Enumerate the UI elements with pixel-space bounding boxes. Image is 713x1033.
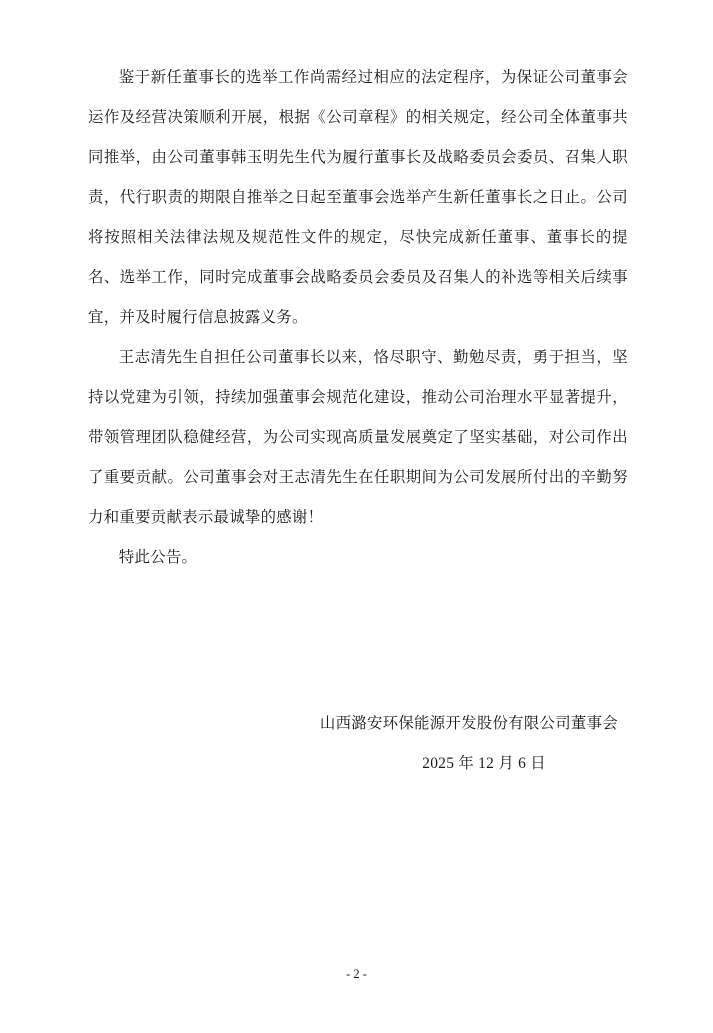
paragraph-closing: 特此公告。 <box>88 538 628 578</box>
signature-company-name: 山西潞安环保能源开发股份有限公司董事会 <box>88 704 628 744</box>
page-number: - 2 - <box>0 964 713 984</box>
announcement-page: 鉴于新任董事长的选举工作尚需经过相应的法定程序，为保证公司董事会运作及经营决策顺… <box>0 0 713 1033</box>
paragraph-gratitude: 王志清先生自担任公司董事长以来，恪尽职守、勤勉尽责，勇于担当，坚持以党建为引领，… <box>88 338 628 538</box>
paragraph-interim-arrangement: 鉴于新任董事长的选举工作尚需经过相应的法定程序，为保证公司董事会运作及经营决策顺… <box>88 58 628 338</box>
document-body: 鉴于新任董事长的选举工作尚需经过相应的法定程序，为保证公司董事会运作及经营决策顺… <box>88 58 628 784</box>
signature-block: 山西潞安环保能源开发股份有限公司董事会 2025 年 12 月 6 日 <box>88 704 628 784</box>
signature-date: 2025 年 12 月 6 日 <box>88 744 628 784</box>
